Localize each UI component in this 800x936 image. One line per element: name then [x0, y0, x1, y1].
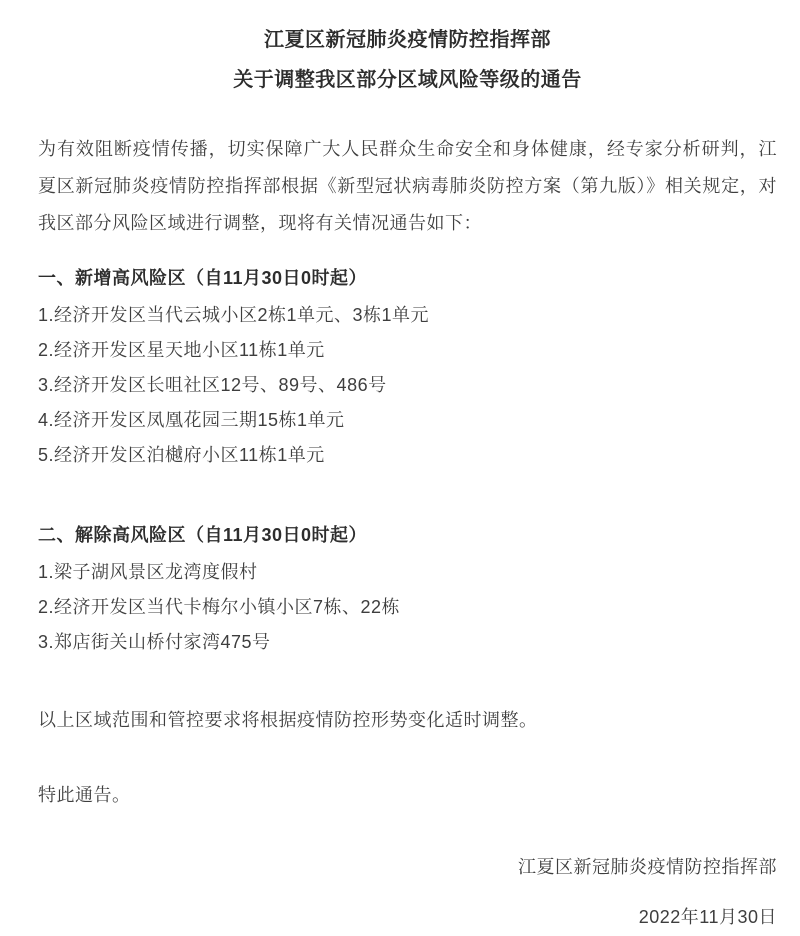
notice-title-line1: 江夏区新冠肺炎疫情防控指挥部	[38, 26, 777, 54]
released-high-risk-item-2: 2.经济开发区当代卡梅尔小镇小区7栋、22栋	[38, 596, 777, 618]
notice-page: 江夏区新冠肺炎疫情防控指挥部 关于调整我区部分区域风险等级的通告 为有效阻断疫情…	[0, 0, 800, 936]
new-high-risk-item-2: 2.经济开发区星天地小区11栋1单元	[38, 339, 777, 361]
new-high-risk-item-4: 4.经济开发区凤凰花园三期15栋1单元	[38, 409, 777, 431]
issuer-signature: 江夏区新冠肺炎疫情防控指挥部	[38, 856, 777, 878]
sign-off-line: 特此通告。	[38, 784, 777, 806]
released-high-risk-item-3: 3.郑店街关山桥付家湾475号	[38, 631, 777, 653]
section-released-high-risk-heading: 二、解除高风险区（自11月30日0时起）	[38, 523, 777, 548]
issue-date: 2022年11月30日	[38, 906, 777, 928]
new-high-risk-item-1: 1.经济开发区当代云城小区2栋1单元、3栋1单元	[38, 304, 777, 326]
closing-paragraph: 以上区域范围和管控要求将根据疫情防控形势变化适时调整。	[38, 709, 777, 731]
section-new-high-risk-heading: 一、新增高风险区（自11月30日0时起）	[38, 266, 777, 291]
released-high-risk-item-1: 1.梁子湖风景区龙湾度假村	[38, 561, 777, 583]
new-high-risk-item-3: 3.经济开发区长咀社区12号、89号、486号	[38, 374, 777, 396]
notice-title-line2: 关于调整我区部分区域风险等级的通告	[38, 66, 777, 94]
new-high-risk-item-5: 5.经济开发区泊樾府小区11栋1单元	[38, 444, 777, 466]
intro-paragraph: 为有效阻断疫情传播，切实保障广大人民群众生命安全和身体健康，经专家分析研判，江夏…	[38, 131, 777, 242]
